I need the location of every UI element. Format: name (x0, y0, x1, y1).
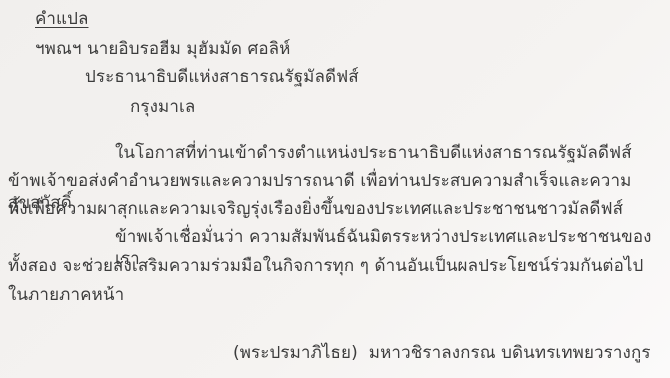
body-paragraph1-line1: ในโอกาสที่ท่านเข้าดำรงตำแหน่งประธานาธิบด… (115, 142, 632, 164)
addressee-title-line: ประธานาธิบดีแห่งสาธารณรัฐมัลดีฟส์ (85, 66, 359, 88)
royal-signature-line: (พระปรมาภิไธย) มหาวชิราลงกรณ บดินทรเทพยว… (233, 342, 651, 364)
addressee-name-line: ฯพณฯ นายอิบรอฮีม มุฮัมมัด ศอลิห์ (35, 38, 291, 60)
document-title: คำแปล (35, 8, 88, 30)
translation-document-page: คำแปล ฯพณฯ นายอิบรอฮีม มุฮัมมัด ศอลิห์ ป… (0, 0, 670, 378)
body-paragraph2-line3: ในภายภาคหน้า (8, 284, 124, 306)
body-paragraph2-line2: ทั้งสอง จะช่วยส่งเสริมความร่วมมือในกิจกา… (8, 255, 643, 277)
addressee-city-line: กรุงมาเล (130, 96, 195, 118)
body-paragraph1-line3: ทั้งเพื่อความผาสุกและความเจริญรุ่งเรืองย… (8, 198, 623, 220)
